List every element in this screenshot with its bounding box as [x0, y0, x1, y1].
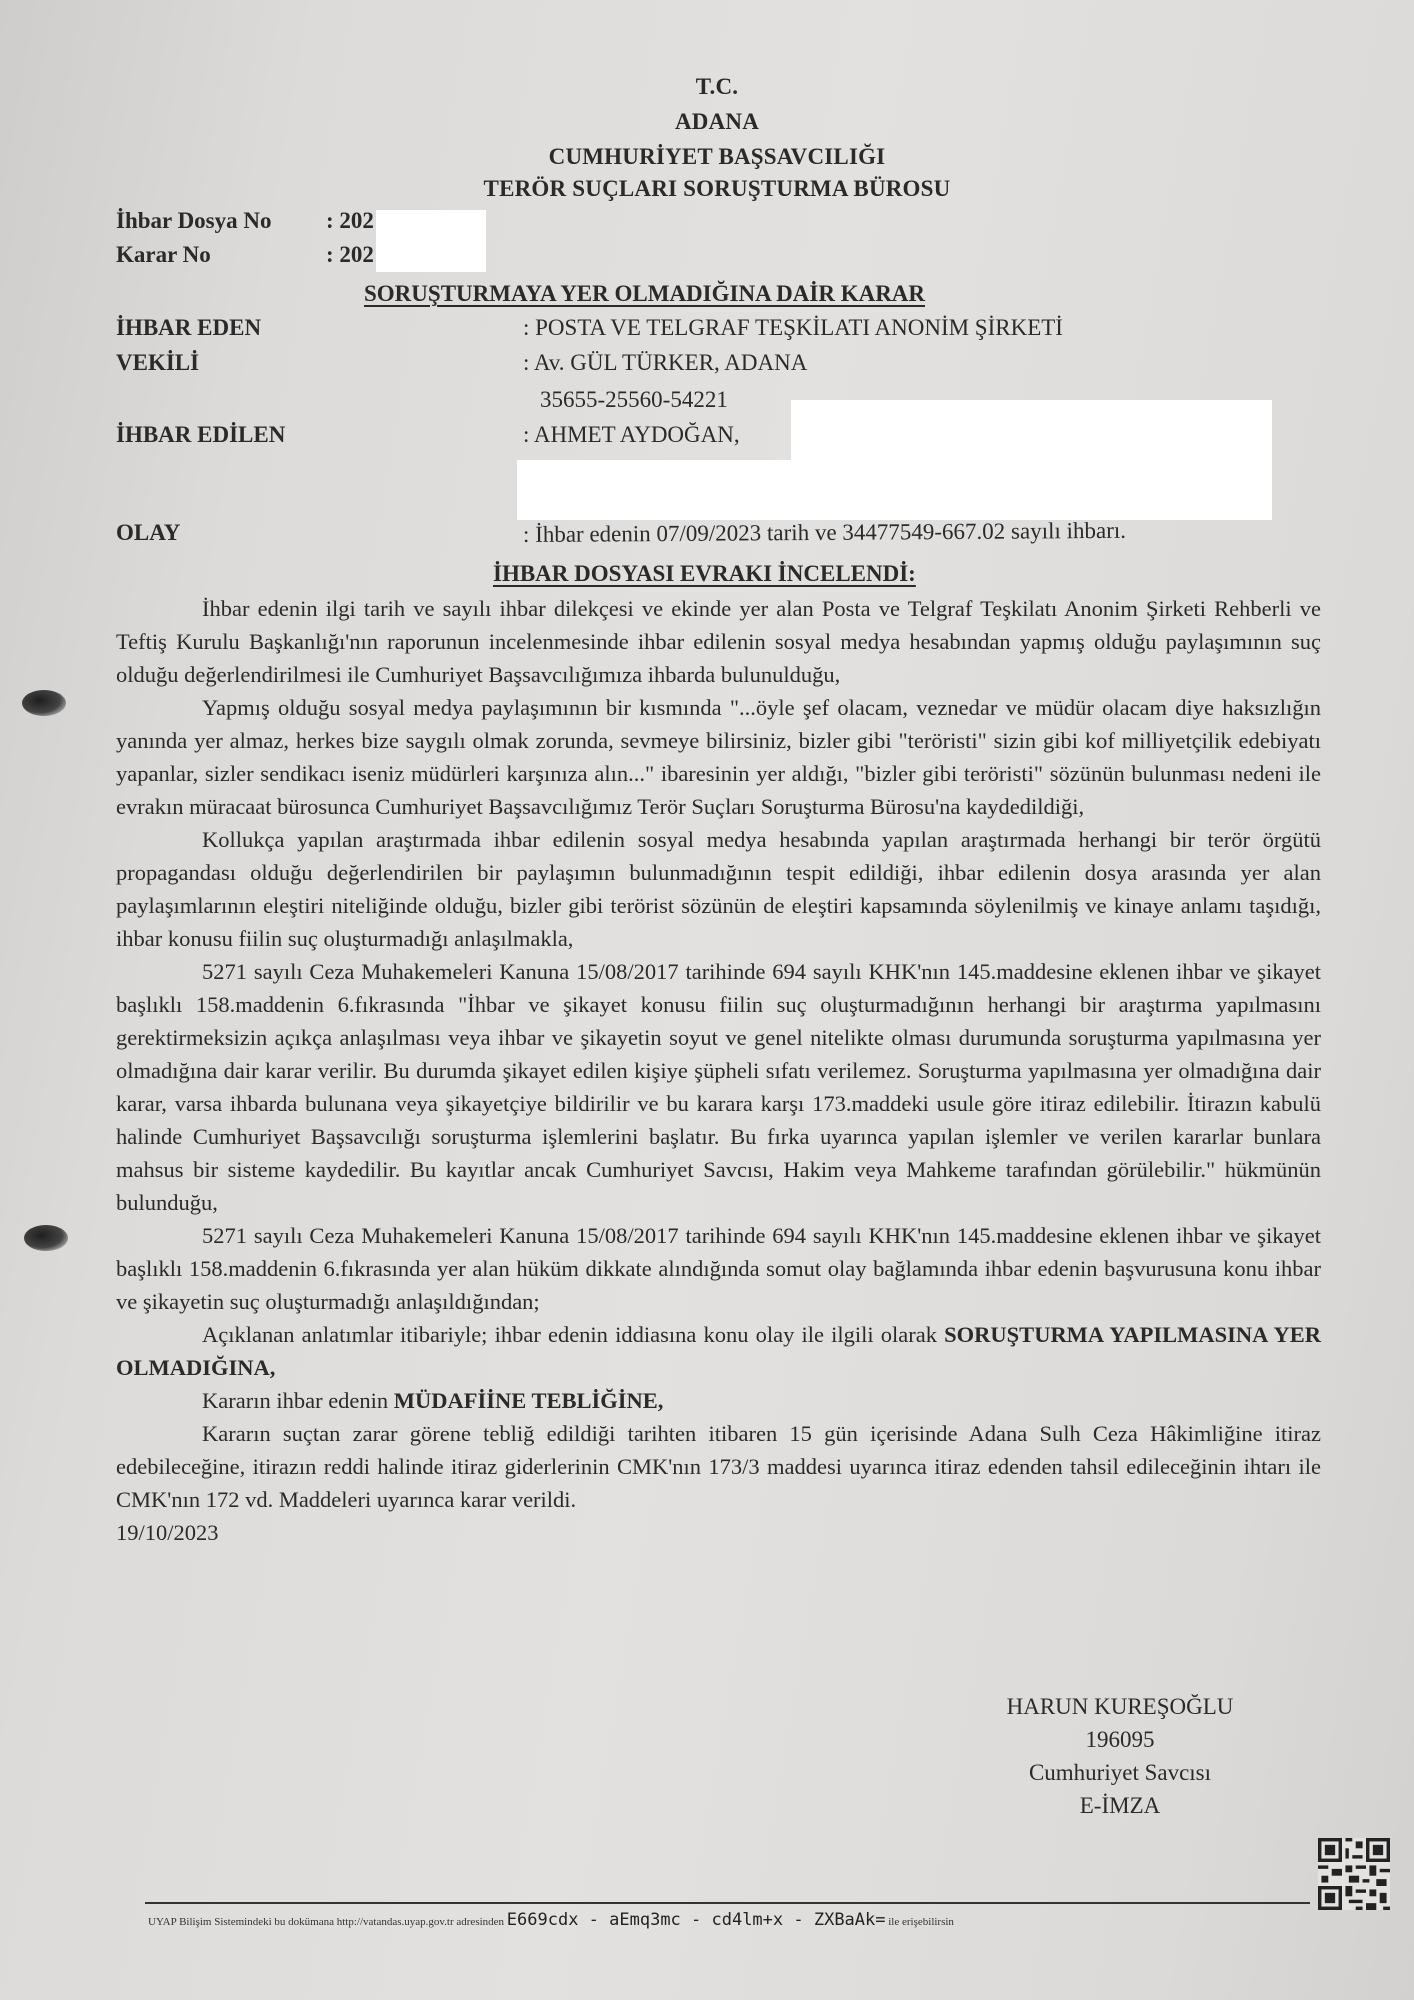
karar-no-value: : 202 — [326, 242, 374, 268]
signature-block: HARUN KUREŞOĞLU 196095 Cumhuriyet Savcıs… — [965, 1690, 1275, 1822]
footer-prefix: UYAP Bilişim Sistemindeki bu dokümana ht… — [148, 1916, 504, 1928]
notification-verdict: MÜDAFİİNE TEBLİĞİNE, — [394, 1388, 664, 1413]
paragraph: Yapmış olduğu sosyal medya paylaşımının … — [116, 691, 1321, 823]
appeal-paragraph: Kararın suçtan zarar görene tebliğ edild… — [116, 1417, 1321, 1516]
paragraph: 5271 sayılı Ceza Muhakemeleri Kanuna 15/… — [116, 1219, 1321, 1318]
prosecutor-name: HARUN KUREŞOĞLU — [965, 1690, 1275, 1723]
e-signature: E-İMZA — [965, 1789, 1275, 1822]
punch-hole — [22, 690, 66, 716]
paragraph: Kollukça yapılan araştırmada ihbar edile… — [116, 823, 1321, 955]
ihbar-eden-value: : POSTA VE TELGRAF TEŞKİLATI ANONİM ŞİRK… — [523, 315, 1063, 341]
section-title: İHBAR DOSYASI EVRAKI İNCELENDİ: — [493, 561, 916, 587]
vekili-value: : Av. GÜL TÜRKER, ADANA — [523, 350, 807, 376]
verification-code: E669cdx - aEmq3mc - cd4lm+x - ZXBaAk= — [507, 1910, 886, 1930]
karar-no-label: Karar No — [116, 242, 211, 268]
vekili-id: 35655-25560-54221 — [540, 387, 728, 413]
olay-value: : İhbar edenin 07/09/2023 tarih ve 34477… — [523, 518, 1126, 548]
header-office: CUMHURİYET BAŞSAVCILIĞI — [10, 144, 1414, 170]
punch-hole — [24, 1225, 68, 1251]
ihbar-edilen-label: İHBAR EDİLEN — [116, 422, 285, 448]
olay-label: OLAY — [116, 520, 180, 546]
notification-paragraph: Kararın ihbar edenin MÜDAFİİNE TEBLİĞİNE… — [116, 1384, 1321, 1417]
document-body: İhbar edenin ilgi tarih ve sayılı ihbar … — [116, 592, 1321, 1549]
footer-verification: UYAP Bilişim Sistemindeki bu dokümana ht… — [148, 1910, 954, 1930]
header-bureau: TERÖR SUÇLARI SORUŞTURMA BÜROSU — [10, 176, 1414, 202]
footer-divider — [145, 1902, 1310, 1904]
redaction-box — [791, 400, 1272, 462]
ihbar-edilen-value: : AHMET AYDOĞAN, — [523, 422, 740, 448]
prosecutor-id: 196095 — [965, 1723, 1275, 1756]
footer-suffix: ile erişebilirsin — [888, 1916, 954, 1928]
prosecutor-title: Cumhuriyet Savcısı — [965, 1756, 1275, 1789]
header-tc: T.C. — [10, 74, 1414, 100]
decision-paragraph: Açıklanan anlatımlar itibariyle; ihbar e… — [116, 1318, 1321, 1384]
header-city: ADANA — [10, 109, 1414, 135]
decision-title: SORUŞTURMAYA YER OLMADIĞINA DAİR KARAR — [364, 281, 925, 307]
paragraph: 5271 sayılı Ceza Muhakemeleri Kanuna 15/… — [116, 955, 1321, 1219]
vekili-label: VEKİLİ — [116, 350, 199, 376]
document-page: T.C. ADANA CUMHURİYET BAŞSAVCILIĞI TERÖR… — [0, 0, 1414, 2000]
decision-date: 19/10/2023 — [116, 1516, 1321, 1549]
redaction-box — [517, 460, 1272, 520]
qr-code-icon — [1318, 1838, 1390, 1910]
ihbar-dosya-value: : 202 — [326, 208, 374, 234]
redaction-box — [376, 210, 486, 272]
ihbar-eden-label: İHBAR EDEN — [116, 315, 261, 341]
ihbar-dosya-label: İhbar Dosya No — [116, 208, 272, 234]
paragraph: İhbar edenin ilgi tarih ve sayılı ihbar … — [116, 592, 1321, 691]
